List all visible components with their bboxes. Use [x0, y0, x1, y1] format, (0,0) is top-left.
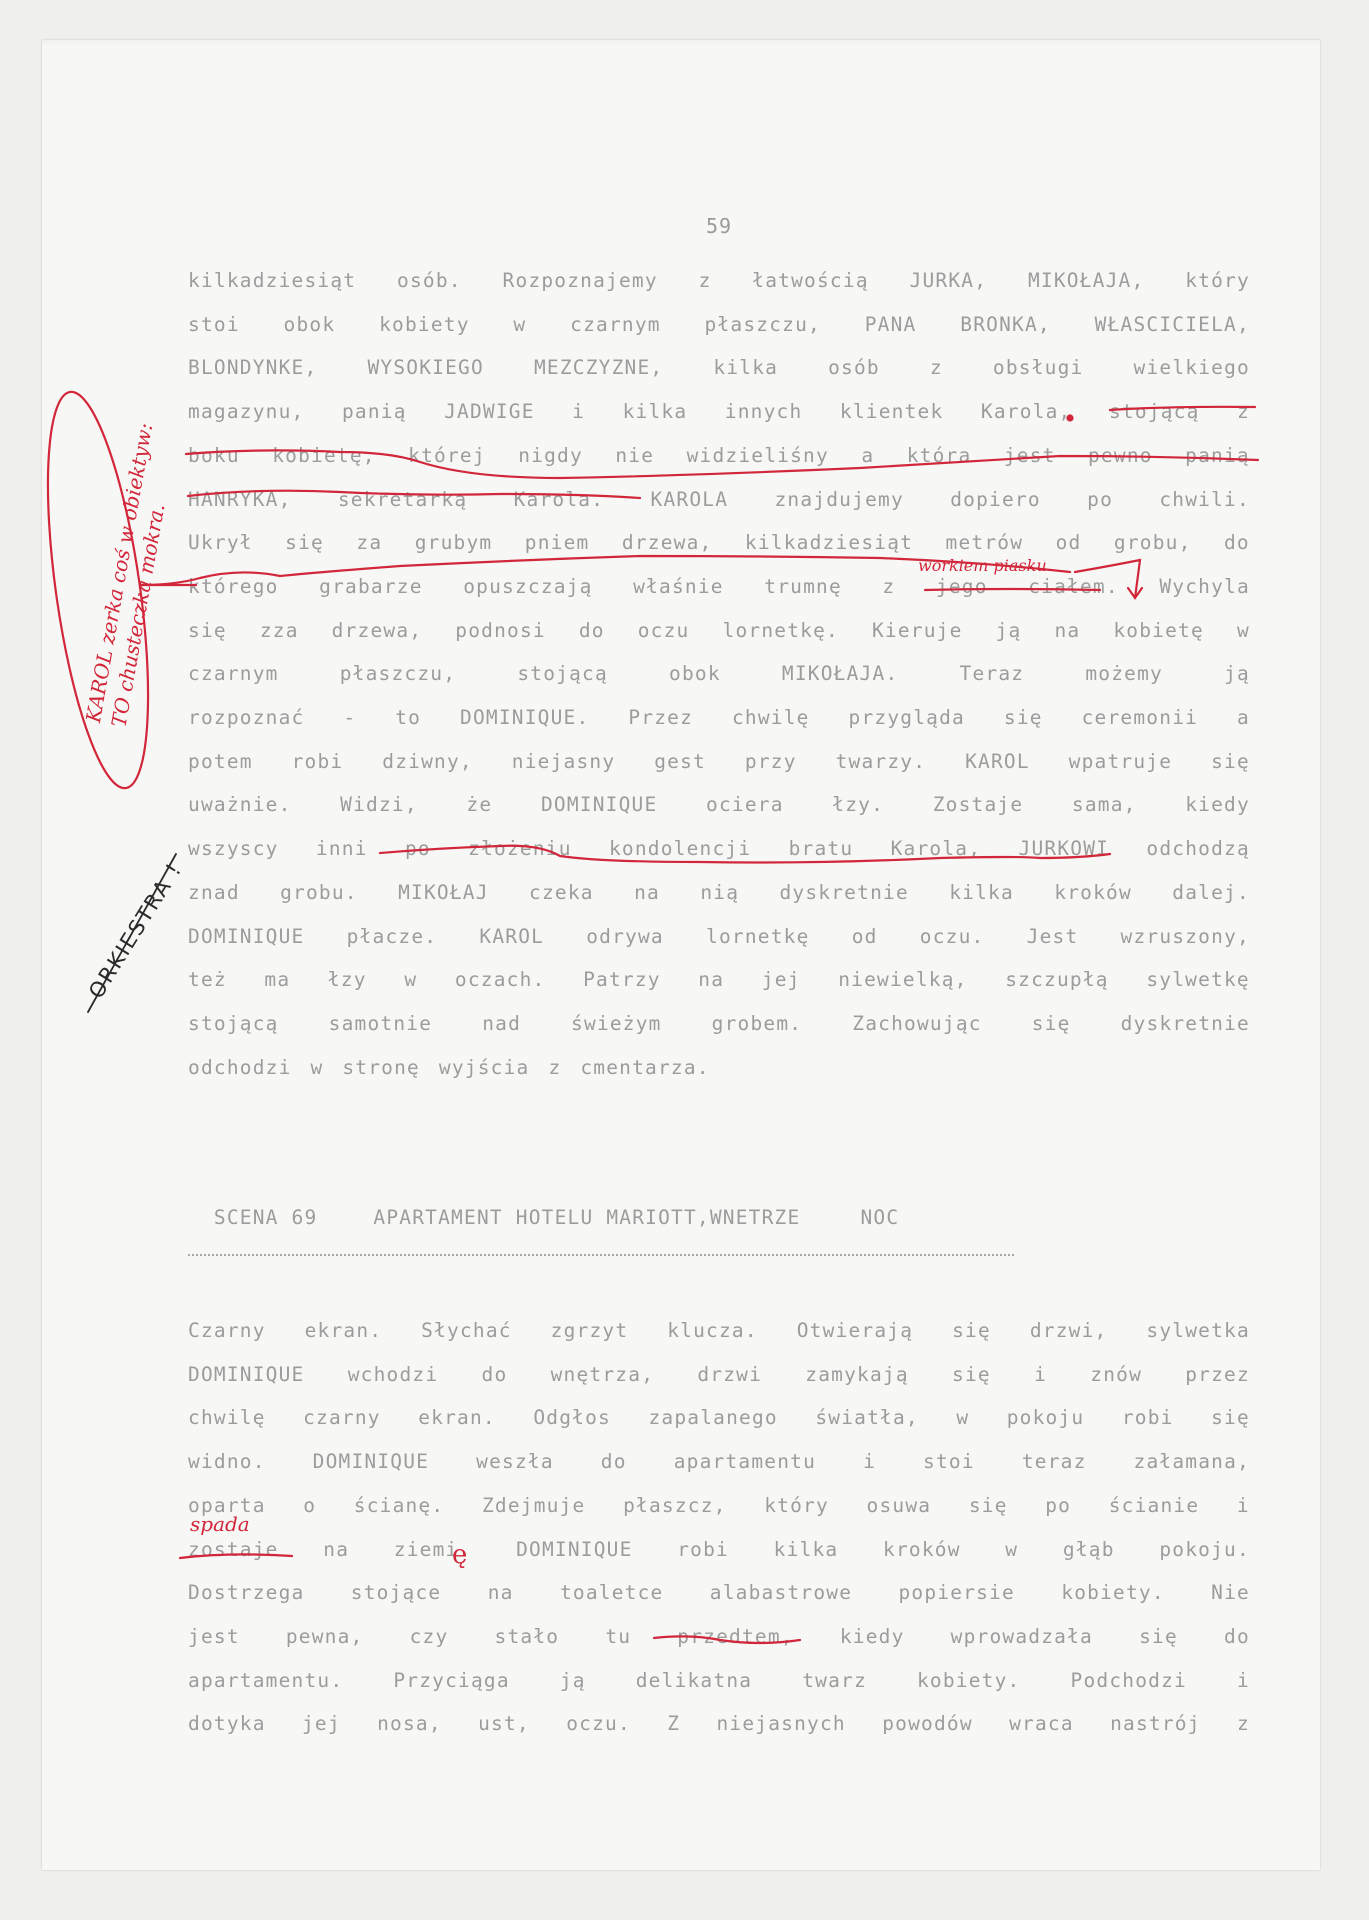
word: klientek [840, 397, 944, 427]
word: pokoju. [1159, 1535, 1250, 1565]
text-line: potemrobidziwny,niejasnygestprzytwarzy.K… [188, 747, 1250, 777]
word: nad [482, 1009, 521, 1039]
word: zostaje [188, 1535, 279, 1565]
word: się [952, 1316, 991, 1346]
word: się [188, 616, 227, 646]
word: płaszcz, [623, 1491, 727, 1521]
word: chwilę [732, 703, 810, 733]
text-line: Ukryłsięzagrubympniemdrzewa,kilkadziesią… [188, 528, 1250, 558]
word: się [1139, 1622, 1178, 1652]
word: MIKOŁAJA. [782, 659, 898, 689]
text-line: opartaościanę.Zdejmujepłaszcz,któryosuwa… [188, 1491, 1250, 1521]
word: nastrój [1110, 1709, 1201, 1739]
word: chwilę [188, 1403, 266, 1433]
word: głąb [1063, 1535, 1115, 1565]
word: ust, [478, 1709, 530, 1739]
word: twarz [802, 1666, 867, 1696]
word: apartamentu. [188, 1666, 343, 1696]
word: że [466, 790, 492, 820]
word: dyskretnie [1121, 1009, 1250, 1039]
word: klucza. [667, 1316, 758, 1346]
text-line: stoiobokkobietywczarnympłaszczu,PANABRON… [188, 310, 1250, 340]
word: zgrzyt [551, 1316, 629, 1346]
text-line: jestpewna,czystałotuprzedtem,kiedywprowa… [188, 1622, 1250, 1652]
word: widno. [188, 1447, 266, 1477]
word: z [930, 353, 943, 383]
word: kobiety. [917, 1666, 1021, 1696]
word: czarnym [188, 659, 279, 689]
word: JURKA, [910, 266, 988, 296]
word: Otwierają [797, 1316, 913, 1346]
word: kilkadziesiąt [745, 528, 913, 558]
text-line: apartamentu.Przyciągajądelikatnatwarzkob… [188, 1666, 1250, 1696]
word: BRONKA, [960, 310, 1051, 340]
word: obok [284, 310, 336, 340]
text-line: rozpoznać-toDOMINIQUE.Przezchwilęprzyglą… [188, 703, 1250, 733]
word: do [1224, 1622, 1250, 1652]
word: DOMINIQUE [188, 922, 304, 952]
word: MIKOŁAJA, [1028, 266, 1144, 296]
text-line: Dostrzegastojącenatoaletcealabastrowepop… [188, 1578, 1250, 1608]
word: się [1211, 1403, 1250, 1433]
word: nosa, [377, 1709, 442, 1739]
word: grobem. [712, 1009, 803, 1039]
word: drzewa, [622, 528, 713, 558]
word: stojącą [188, 1009, 279, 1039]
word: wszyscy [188, 834, 279, 864]
word: z [699, 266, 712, 296]
word: do [601, 1447, 627, 1477]
word: BLONDYNKE, [188, 353, 317, 383]
word: rozpoznać [188, 703, 304, 733]
text-line: chwilęczarnyekran.Odgłoszapalanegoświatł… [188, 1403, 1250, 1433]
word: łzy [328, 965, 367, 995]
word: po [1087, 485, 1113, 515]
word: panią [342, 397, 407, 427]
word: znad [188, 878, 240, 908]
text-line: Czarnyekran.Słychaćzgrzytklucza.Otwieraj… [188, 1316, 1250, 1346]
word: obsługi [993, 353, 1084, 383]
word: Odgłos [533, 1403, 611, 1433]
word: płaszczu, [340, 659, 456, 689]
word: lornetkę [706, 922, 810, 952]
scene-time: NOC [860, 1206, 899, 1229]
word: się [952, 1360, 991, 1390]
word: Dostrzega [188, 1578, 304, 1608]
word: Z [667, 1709, 680, 1739]
word: Jest [1027, 922, 1079, 952]
word: się [969, 1491, 1008, 1521]
word: wzruszony, [1121, 922, 1250, 952]
word: odchodzi w stronę wyjścia z cmentarza. [188, 1053, 710, 1083]
word: Karola. [514, 485, 605, 515]
word: kobietę, [272, 441, 376, 471]
word: PANA [865, 310, 917, 340]
word: sama, [1072, 790, 1137, 820]
word: czy [410, 1622, 449, 1652]
word: ekran. [418, 1403, 496, 1433]
inserted-letter-e: ę [452, 1540, 467, 1570]
text-line: bokukobietę,którejnigdyniewidzieliśnyakt… [188, 441, 1250, 471]
word: WYSOKIEGO [367, 353, 483, 383]
word: wchodzi [348, 1360, 439, 1390]
word: Nie [1211, 1578, 1250, 1608]
text-line: DOMINIQUEpłacze.KAROLodrywalornetkęodocz… [188, 922, 1250, 952]
word: Zdejmuje [482, 1491, 586, 1521]
text-line: teżmałzywoczach.Patrzynajejniewielką,szc… [188, 965, 1250, 995]
word: w [404, 965, 417, 995]
page-number: 59 [706, 214, 732, 238]
word: ma [264, 965, 290, 995]
word: wielkiego [1134, 353, 1250, 383]
word: wpatruje [1069, 747, 1173, 777]
word: drzewa, [332, 616, 423, 646]
word: to [395, 703, 421, 733]
word: na [698, 965, 724, 995]
word: na [488, 1578, 514, 1608]
word: jego [936, 572, 988, 602]
word: znów [1090, 1360, 1142, 1390]
word: do [482, 1360, 508, 1390]
word: złożeniu [468, 834, 572, 864]
word: płaszczu, [705, 310, 821, 340]
word: czarny [303, 1403, 381, 1433]
word: pewna, [286, 1622, 364, 1652]
word: DOMINIQUE [516, 1535, 632, 1565]
word: grobu, [1114, 528, 1192, 558]
word: oczach. [455, 965, 546, 995]
word: KAROL [479, 922, 544, 952]
word: inni [316, 834, 368, 864]
word: się [1211, 747, 1250, 777]
word: na [634, 878, 660, 908]
word: apartamentu [674, 1447, 816, 1477]
word: Przez [628, 703, 693, 733]
word: kilkadziesiąt [188, 266, 356, 296]
word: metrów [946, 528, 1024, 558]
word: odchodzą [1146, 834, 1250, 864]
word: do [579, 616, 605, 646]
word: - [343, 703, 356, 733]
word: na [1054, 616, 1080, 646]
word: stoi [188, 310, 240, 340]
word: Teraz [960, 659, 1025, 689]
word: światła, [815, 1403, 919, 1433]
word: osób [828, 353, 880, 383]
text-line: DOMINIQUEwchodzidownętrza,drzwizamykająs… [188, 1360, 1250, 1390]
word: bratu [789, 834, 854, 864]
word: grobu. [280, 878, 358, 908]
word: kondolencji [609, 834, 751, 864]
word: jej [302, 1709, 341, 1739]
word: robi [677, 1535, 729, 1565]
word: DOMINIQUE [188, 1360, 304, 1390]
word: dotyka [188, 1709, 266, 1739]
word: popiersie [898, 1578, 1014, 1608]
word: panią [1185, 441, 1250, 471]
word: Patrzy [583, 965, 661, 995]
word: który [1185, 266, 1250, 296]
text-line: sięzzadrzewa,podnosidooczulornetkę.Kieru… [188, 616, 1250, 646]
word: łatwością [752, 266, 868, 296]
word: przy [745, 747, 797, 777]
word: dopiero [950, 485, 1041, 515]
word: stało [495, 1622, 560, 1652]
word: kobietę [1113, 616, 1204, 646]
word: przedtem, [677, 1622, 793, 1652]
text-line: widno.DOMINIQUEweszładoapartamentuistoit… [188, 1447, 1250, 1477]
word: dalej. [1172, 878, 1250, 908]
text-line: zostajenaziemi.DOMINIQUErobikilkakrokóww… [188, 1535, 1250, 1565]
word: zapalanego [648, 1403, 777, 1433]
word: osób. [397, 266, 462, 296]
word: po [405, 834, 431, 864]
word: ją [1224, 659, 1250, 689]
word: Kieruje [872, 616, 963, 646]
text-line: dotykajejnosa,ust,oczu.Zniejasnychpowodó… [188, 1709, 1250, 1739]
word: z [1237, 1709, 1250, 1739]
word: potem [188, 747, 253, 777]
word: i [863, 1447, 876, 1477]
scene-divider [188, 1254, 1014, 1256]
word: znajdujemy [774, 485, 903, 515]
word: w [956, 1403, 969, 1433]
word: WŁASCICIELA, [1095, 310, 1250, 340]
word: załamana, [1134, 1447, 1250, 1477]
word: który [764, 1491, 829, 1521]
word: osuwa [867, 1491, 932, 1521]
word: ciałem. [1028, 572, 1119, 602]
word: MIKOŁAJ [398, 878, 489, 908]
word: KAROL [965, 747, 1030, 777]
word: DOMINIQUE [313, 1447, 429, 1477]
word: przez [1185, 1360, 1250, 1390]
word: Zostaje [933, 790, 1024, 820]
word: po [1045, 1491, 1071, 1521]
word: lornetkę. [723, 616, 839, 646]
word: oczu [638, 616, 690, 646]
word: samotnie [329, 1009, 433, 1039]
text-line: stojącąsamotnienadświeżymgrobem.Zachowuj… [188, 1009, 1250, 1039]
word: przygląda [849, 703, 965, 733]
word: Czarny [188, 1316, 266, 1346]
word: ścianie [1109, 1491, 1200, 1521]
word: dziwny, [382, 747, 473, 777]
word: Rozpoznajemy [503, 266, 658, 296]
word: odrywa [586, 922, 664, 952]
word: która [907, 441, 972, 471]
word: pokoju [1007, 1403, 1085, 1433]
word: kilka [713, 353, 778, 383]
word: grubym [415, 528, 493, 558]
word: Widzi, [340, 790, 418, 820]
word: kobiety. [1061, 1578, 1165, 1608]
word: KAROLA [651, 485, 729, 515]
word: Karola, [981, 397, 1072, 427]
word: pewno [1088, 441, 1153, 471]
word: w [1005, 1535, 1018, 1565]
word: gest [654, 747, 706, 777]
word: Przyciąga [393, 1666, 509, 1696]
word: ceremonii [1082, 703, 1198, 733]
word: wraca [1009, 1709, 1074, 1739]
word: weszła [476, 1447, 554, 1477]
word: od [852, 922, 878, 952]
word: i [1237, 1666, 1250, 1696]
correction-workiem-piasku: workiem piasku. [918, 556, 1052, 575]
text-line: czarnympłaszczu,stojącąobokMIKOŁAJA.Tera… [188, 659, 1250, 689]
word: Wychyla [1159, 572, 1250, 602]
text-line: kilkadziesiątosób.Rozpoznajemyzłatwością… [188, 266, 1250, 296]
word: obok [669, 659, 721, 689]
scene-heading: SCENA 69APARTAMENT HOTELU MARIOTT,WNETRZ… [188, 1183, 899, 1229]
word: od [1056, 528, 1082, 558]
word: drzwi [697, 1360, 762, 1390]
word: nie [615, 441, 654, 471]
word: zamykają [805, 1360, 909, 1390]
word: uważnie. [188, 790, 292, 820]
word: wnętrza, [551, 1360, 655, 1390]
word: też [188, 965, 227, 995]
word: kroków [883, 1535, 961, 1565]
correction-spada: spada [190, 1512, 250, 1536]
word: czarnym [570, 310, 661, 340]
word: teraz [1022, 1447, 1087, 1477]
word: jej [762, 965, 801, 995]
word: chwili. [1159, 485, 1250, 515]
word: płacze. [347, 922, 438, 952]
word: sylwetka [1146, 1316, 1250, 1346]
word: możemy [1085, 659, 1163, 689]
word: Podchodzi [1071, 1666, 1187, 1696]
word: stoi [923, 1447, 975, 1477]
word: ją [560, 1666, 586, 1696]
word: Zachowując [852, 1009, 981, 1039]
word: nią [700, 878, 739, 908]
word: widzieliśny [687, 441, 829, 471]
word: stojącą [1109, 397, 1200, 427]
word: DOMINIQUE [541, 790, 657, 820]
text-line: BLONDYNKE,WYSOKIEGOMEZCZYZNE,kilkaosóbzo… [188, 353, 1250, 383]
text-line: HANRYKA,sekretarkąKarola.KAROLAznajdujem… [188, 485, 1250, 515]
word: kiedy [840, 1622, 905, 1652]
word: wprowadzała [951, 1622, 1093, 1652]
word: kobiety [379, 310, 470, 340]
word: pniem [525, 528, 590, 558]
word: toaletce [560, 1578, 664, 1608]
word: robi [292, 747, 344, 777]
word: świeżym [571, 1009, 662, 1039]
text-line: znadgrobu.MIKOŁAJczekananiądyskretniekil… [188, 878, 1250, 908]
text-line: uważnie.Widzi,żeDOMINIQUEocierałzy.Zosta… [188, 790, 1250, 820]
word: o [303, 1491, 316, 1521]
word: właśnie [633, 572, 724, 602]
word: z [882, 572, 895, 602]
word: podnosi [455, 616, 546, 646]
scene-location: APARTAMENT HOTELU MARIOTT,WNETRZE [373, 1206, 800, 1229]
word: delikatna [636, 1666, 752, 1696]
word: ekran. [305, 1316, 383, 1346]
word: i [1034, 1360, 1047, 1390]
word: kilka [949, 878, 1014, 908]
word: zza [260, 616, 299, 646]
word: dyskretnie [779, 878, 908, 908]
word: ścianę. [354, 1491, 445, 1521]
word: w [1237, 616, 1250, 646]
word: jest [1004, 441, 1056, 471]
word: MEZCZYZNE, [534, 353, 663, 383]
word: niejasny [512, 747, 616, 777]
word: oczu. [920, 922, 985, 952]
word: kilka [774, 1535, 839, 1565]
word: oczu. [566, 1709, 631, 1739]
word: boku [188, 441, 240, 471]
word: na [323, 1535, 349, 1565]
text-line: któregograbarzeopuszczająwłaśnietrumnęzj… [188, 572, 1250, 602]
word: twarzy. [836, 747, 927, 777]
word: nigdy [518, 441, 583, 471]
scene-number: SCENA 69 [214, 1206, 318, 1229]
word: JADWIGE [444, 397, 535, 427]
word: się [1032, 1009, 1071, 1039]
word: stojące [351, 1578, 442, 1608]
word: za [356, 528, 382, 558]
word: do [1224, 528, 1250, 558]
word: i [572, 397, 585, 427]
word: robi [1122, 1403, 1174, 1433]
text-line: wszyscyinnipozłożeniukondolencjibratuKar… [188, 834, 1250, 864]
word: się [285, 528, 324, 558]
text-line: magazynu,paniąJADWIGEikilkainnychkliente… [188, 397, 1250, 427]
word: jest [188, 1622, 240, 1652]
word: w [513, 310, 526, 340]
word: której [408, 441, 486, 471]
word: alabastrowe [710, 1578, 852, 1608]
word: drzwi, [1030, 1316, 1108, 1346]
word: niewielką, [838, 965, 967, 995]
word: powodów [882, 1709, 973, 1739]
word: z [1237, 397, 1250, 427]
word: HANRYKA, [188, 485, 292, 515]
word: szczupłą [1005, 965, 1109, 995]
word: opuszczają [463, 572, 592, 602]
word: Ukrył [188, 528, 253, 558]
word: kilka [623, 397, 688, 427]
word: grabarze [319, 572, 423, 602]
word: łzy. [832, 790, 884, 820]
word: sekretarką [338, 485, 467, 515]
word: którego [188, 572, 279, 602]
word: Słychać [421, 1316, 512, 1346]
word: kiedy [1185, 790, 1250, 820]
word: sylwetkę [1146, 965, 1250, 995]
word: tu [605, 1622, 631, 1652]
word: DOMINIQUE. [460, 703, 589, 733]
word: Karola, [891, 834, 982, 864]
word: magazynu, [188, 397, 304, 427]
text-line: odchodzi w stronę wyjścia z cmentarza. [188, 1053, 1250, 1083]
word: się [1004, 703, 1043, 733]
word: stojącą [517, 659, 608, 689]
word: a [861, 441, 874, 471]
word: ją [996, 616, 1022, 646]
word: czeka [529, 878, 594, 908]
word: niejasnych [716, 1709, 845, 1739]
word: a [1237, 703, 1250, 733]
word: kroków [1054, 878, 1132, 908]
word: ociera [706, 790, 784, 820]
word: i [1237, 1491, 1250, 1521]
